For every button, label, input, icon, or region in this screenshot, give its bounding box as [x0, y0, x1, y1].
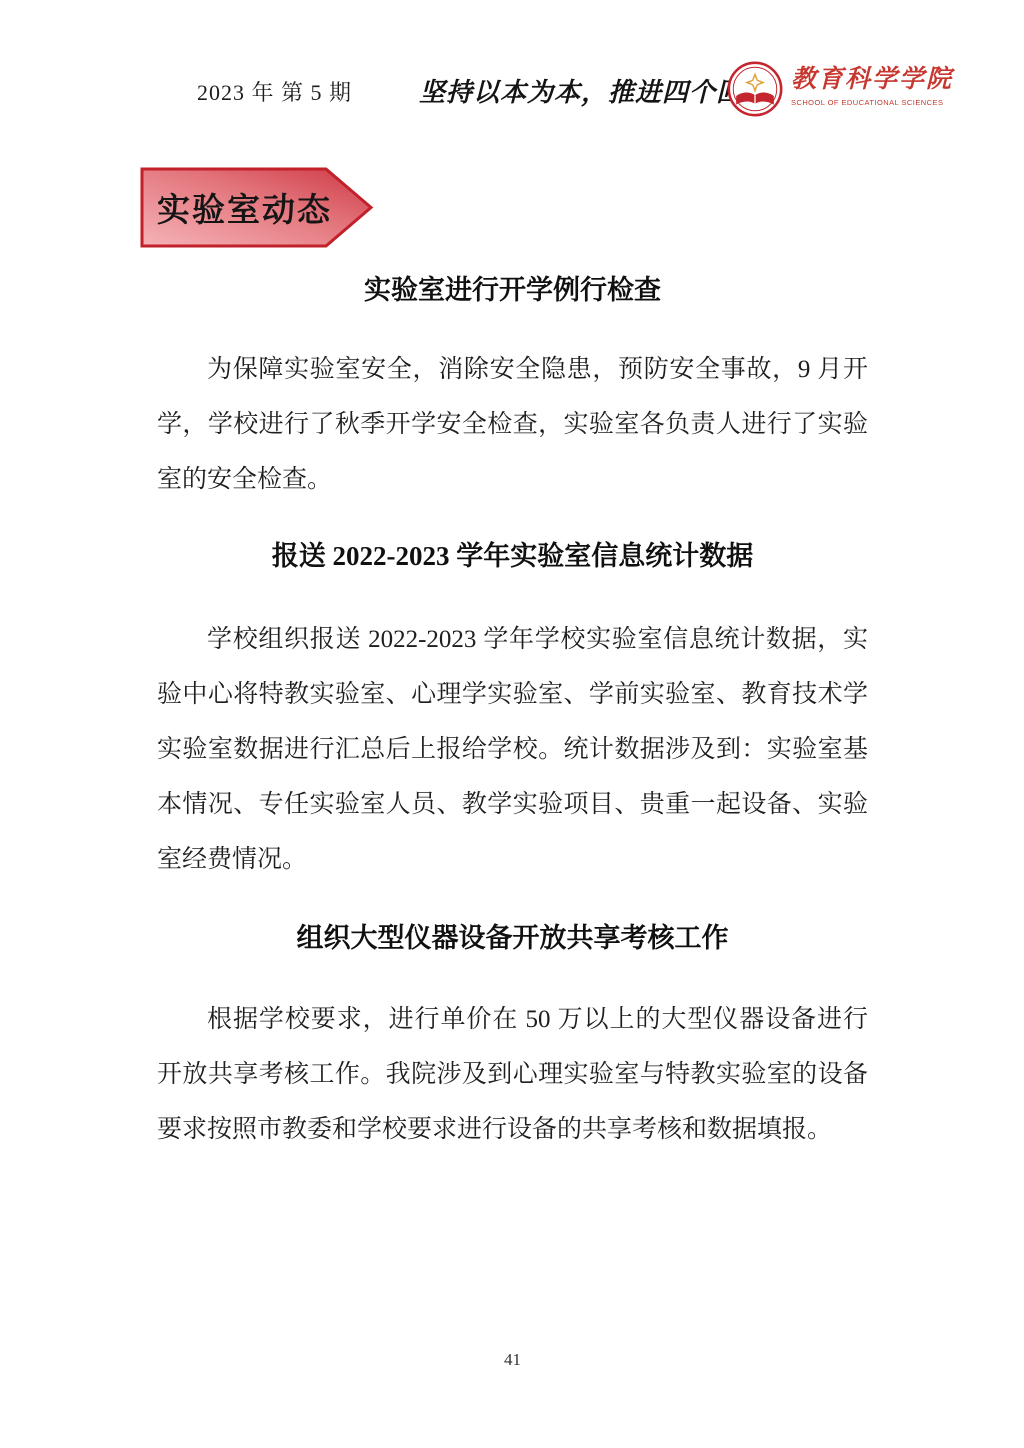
page-number: 41 — [157, 1350, 868, 1370]
section-3-body: 根据学校要求，进行单价在 50 万以上的大型仪器设备进行开放共享考核工作。我院涉… — [157, 992, 868, 1157]
article-content: 实验室进行开学例行检查 为保障实验室安全，消除安全隐患，预防安全事故，9 月开学… — [157, 0, 868, 1448]
section-1-body: 为保障实验室安全，消除安全隐患，预防安全事故，9 月开学，学校进行了秋季开学安全… — [157, 342, 868, 507]
newsletter-page: 2023 年 第 5 期 坚持以本为本，推进四个回归 教育科学学院 SCHOOL… — [0, 0, 1024, 1448]
section-2-title: 报送 2022-2023 学年实验室信息统计数据 — [157, 536, 868, 576]
section-3-title: 组织大型仪器设备开放共享考核工作 — [157, 918, 868, 958]
section-2-body: 学校组织报送 2022-2023 学年学校实验室信息统计数据，实验中心将特教实验… — [157, 612, 868, 887]
section-1-title: 实验室进行开学例行检查 — [157, 270, 868, 310]
